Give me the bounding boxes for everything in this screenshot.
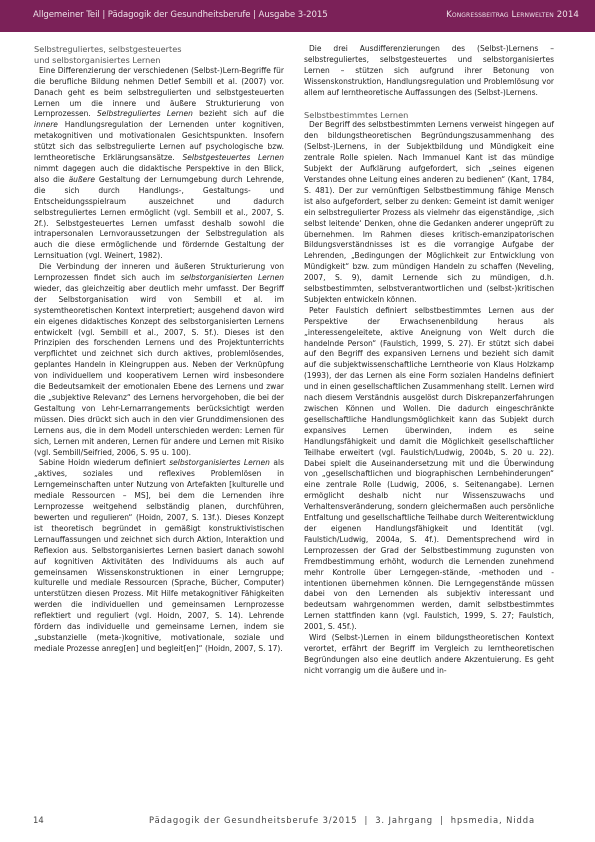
- page-number: 14: [33, 815, 44, 825]
- paragraph: Sabine Hoidn wiederum definiert selbstor…: [34, 458, 284, 654]
- text: Sabine Hoidn wiederum definiert: [39, 458, 169, 467]
- section-heading: Selbstbestimmtes Lernen: [304, 110, 554, 121]
- right-column: Die drei Ausdifferenzierungen des (Selbs…: [304, 44, 554, 677]
- spacer: [304, 99, 554, 110]
- separator: |: [364, 815, 368, 825]
- paragraph: Der Begriff des selbstbestimmten Lernens…: [304, 120, 554, 305]
- left-column: Selbstreguliertes, selbstgesteuertes und…: [34, 44, 284, 655]
- text: bezieht sich auf die: [193, 109, 284, 118]
- paragraph: Wird (Selbst-)Lernen in einem bildungsth…: [304, 633, 554, 677]
- emphasis: selbstorganisierten Lernen: [180, 273, 284, 282]
- paragraph: Die drei Ausdifferenzierungen des (Selbs…: [304, 44, 554, 99]
- section-heading: Selbstreguliertes, selbstgesteuertes und…: [34, 44, 284, 66]
- footer-info: Pädagogik der Gesundheitsberufe 3/2015|3…: [149, 815, 535, 825]
- emphasis: Selbstreguliertes Lernen: [97, 109, 193, 118]
- header-congress-label: Kongressbeitrag Lernwelten 2014: [446, 10, 579, 20]
- publisher: hpsmedia, Nidda: [451, 815, 535, 825]
- journal-title: Pädagogik der Gesundheitsberufe 3/2015: [149, 815, 357, 825]
- text: als „aktives, soziales und reflexives Pr…: [34, 458, 284, 652]
- separator: |: [440, 815, 444, 825]
- paragraph: Eine Differenzierung der verschiedenen (…: [34, 66, 284, 262]
- paragraph: Die Verbindung der inneren und äußeren S…: [34, 262, 284, 458]
- header-section-title: Allgemeiner Teil | Pädagogik der Gesundh…: [33, 10, 328, 20]
- text: Gestaltung der Lernumgebung durch Lehren…: [34, 175, 284, 260]
- heading-line: und selbstorganisiertes Lernen: [34, 55, 161, 65]
- emphasis: äußere: [69, 175, 95, 184]
- paragraph: Peter Faulstich definiert selbstbestimmt…: [304, 306, 554, 633]
- heading-line: Selbstreguliertes, selbstgesteuertes: [34, 44, 182, 54]
- text: wieder, das gleichzeitig aber deutlich m…: [34, 284, 284, 457]
- emphasis: innere: [34, 120, 58, 129]
- page-header: Allgemeiner Teil | Pädagogik der Gesundh…: [0, 0, 595, 32]
- volume: 3. Jahrgang: [375, 815, 433, 825]
- emphasis: selbstorganisiertes Lernen: [169, 458, 270, 467]
- emphasis: Selbstgesteuertes Lernen: [182, 153, 284, 162]
